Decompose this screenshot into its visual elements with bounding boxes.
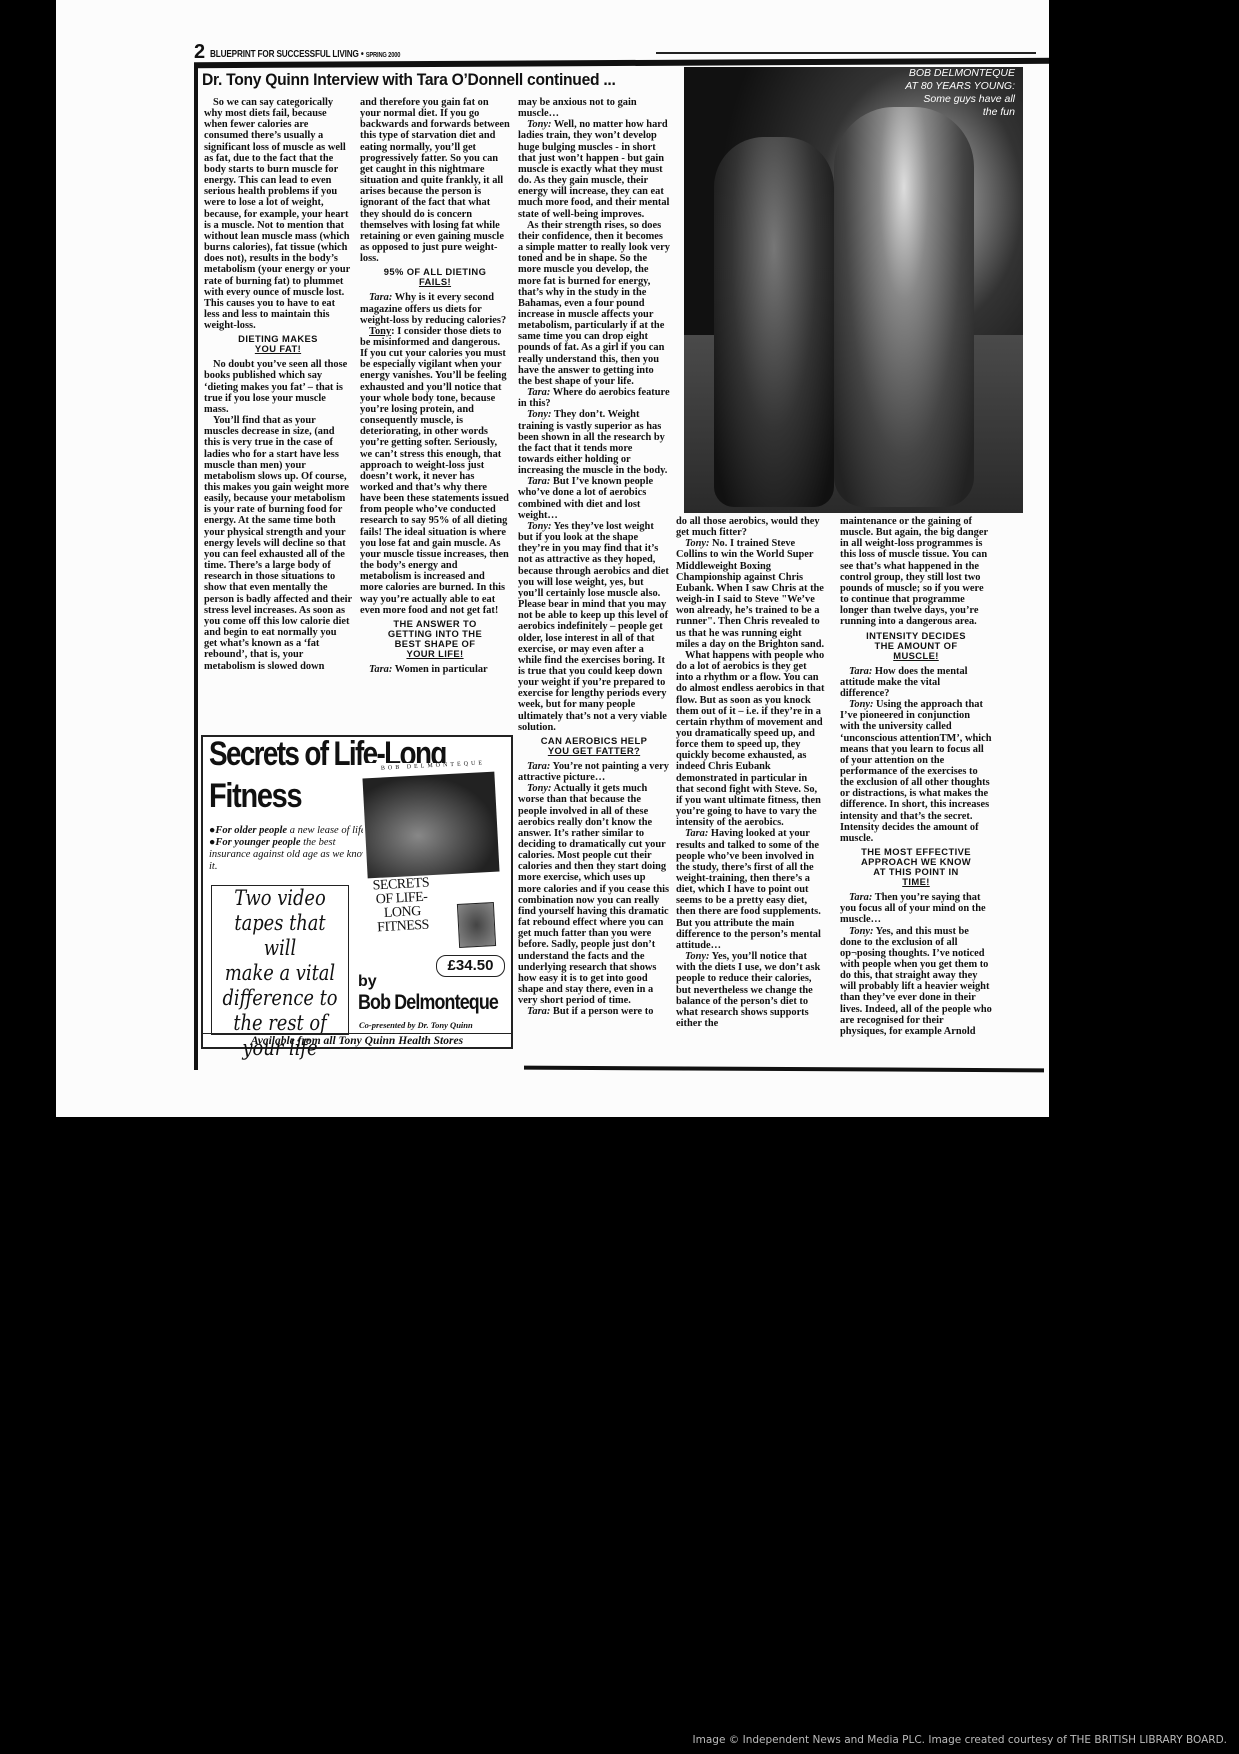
answer: Tony: Yes, you’ll notice that with the d… xyxy=(676,951,826,1029)
question: Tara: Women in particular xyxy=(360,664,510,675)
subheading-line: YOUR LIFE! xyxy=(406,648,463,659)
answer: Tony: They don’t. Weight training is vas… xyxy=(518,409,670,476)
answer: Tony: Well, no matter how hard ladies tr… xyxy=(518,119,670,219)
subheading-line: YOU GET FATTER? xyxy=(548,745,640,756)
subheading-line: TIME! xyxy=(902,876,930,887)
subheading-line: MUSCLE! xyxy=(893,650,939,661)
question: Tara: Where do aerobics feature in this? xyxy=(518,387,670,409)
speaker-label: Tara: xyxy=(849,892,872,903)
question-text: Having looked at your results and talked… xyxy=(676,828,821,951)
subheading-line: YOU FAT! xyxy=(255,343,301,354)
speaker-label: Tara: xyxy=(527,476,550,487)
question: do all those aerobics, would they get mu… xyxy=(676,516,826,538)
paragraph: What happens with people who do a lot of… xyxy=(676,650,826,829)
speaker-label: Tony: xyxy=(849,699,873,710)
question-text: But if a person were to xyxy=(550,1006,653,1017)
ad-by: by xyxy=(358,973,377,991)
speaker-label: Tony: xyxy=(527,521,551,532)
answer: Tony: Using the approach that I’ve pione… xyxy=(840,699,992,844)
answer-text: Well, no matter how hard ladies train, t… xyxy=(518,119,669,219)
answer: Tony: I consider those diets to be misin… xyxy=(360,326,510,616)
bullet-bold: For younger people xyxy=(215,837,300,848)
answer-text: Using the approach that I’ve pioneered i… xyxy=(840,699,992,844)
cover-portrait xyxy=(457,902,496,948)
bullet-text: a new lease of life xyxy=(287,825,365,836)
speaker-label: Tony: xyxy=(527,119,551,130)
article-column-1: So we can say categorically why most die… xyxy=(204,97,352,672)
answer-text: : I consider those diets to be misinform… xyxy=(360,326,509,616)
question: Tara: But if a person were to xyxy=(518,1006,670,1017)
article-column-2: and therefore you gain fat on your norma… xyxy=(360,97,510,675)
question-text: Women in particular xyxy=(392,664,487,675)
ad-presenter: Bob Delmonteque xyxy=(358,991,498,1015)
article-column-4: do all those aerobics, would they get mu… xyxy=(676,516,826,1029)
ad-title-line2: Fitness xyxy=(209,777,301,816)
subheading: DIETING MAKESYOU FAT! xyxy=(204,334,352,354)
video-line: Two video xyxy=(222,886,338,911)
page-number: 2 xyxy=(194,41,205,64)
issue-season: SPRING 2000 xyxy=(366,52,401,59)
speaker-label: Tony xyxy=(369,326,391,337)
video-line: tapes that will xyxy=(222,911,338,961)
paragraph: You’ll find that as your muscles decreas… xyxy=(204,415,352,672)
article-column-3: may be anxious not to gain muscle… Tony:… xyxy=(518,97,670,1018)
scanned-page: 2 BLUEPRINT FOR SUCCESSFUL LIVING • SPRI… xyxy=(56,0,1184,1754)
answer: Tony: Yes, and this must be done to the … xyxy=(840,926,992,1038)
ad-bullet: ●For older people a new lease of life xyxy=(209,825,369,837)
article-headline: Dr. Tony Quinn Interview with Tara O’Don… xyxy=(202,70,616,90)
answer-text: Yes they’ve lost weight but if you look … xyxy=(518,521,669,733)
answer-text: Actually it gets much worse than that be… xyxy=(518,783,669,1006)
paragraph: No doubt you’ve seen all those books pub… xyxy=(204,359,352,415)
answer: Tony: Actually it gets much worse than t… xyxy=(518,783,670,1006)
speaker-label: Tara: xyxy=(369,664,392,675)
video-line: difference to xyxy=(222,986,338,1011)
speaker-label: Tony: xyxy=(527,783,551,794)
caption-line: BOB DELMONTEQUE xyxy=(905,67,1015,80)
newspaper-page: 2 BLUEPRINT FOR SUCCESSFUL LIVING • SPRI… xyxy=(56,0,1049,1117)
speaker-label: Tony: xyxy=(685,951,709,962)
publication-title: BLUEPRINT FOR SUCCESSFUL LIVING • SPRING… xyxy=(210,49,400,60)
ad-availability: Available from all Tony Quinn Health Sto… xyxy=(203,1033,511,1047)
photo-figure-man xyxy=(834,107,974,507)
image-credit: Image © Independent News and Media PLC. … xyxy=(693,1734,1227,1746)
article-frame-left xyxy=(194,67,198,1070)
subheading-line: FAILS! xyxy=(419,276,451,287)
caption-line: the fun xyxy=(905,106,1015,119)
question: Tara: Having looked at your results and … xyxy=(676,828,826,951)
speaker-label: Tara: xyxy=(527,761,550,772)
speaker-label: Tara: xyxy=(849,666,872,677)
price-badge: £34.50 xyxy=(436,955,505,977)
publication-name: BLUEPRINT FOR SUCCESSFUL LIVING • xyxy=(210,49,364,60)
paragraph: and therefore you gain fat on your norma… xyxy=(360,97,510,264)
ad-copresenter: Co-presented by Dr. Tony Quinn xyxy=(359,1020,473,1030)
paragraph: maintenance or the gaining of muscle. Bu… xyxy=(840,516,992,628)
speaker-label: Tara: xyxy=(685,828,708,839)
advertisement-lifelong-fitness: Secrets of Life-Long Fitness ●For older … xyxy=(201,735,513,1049)
ad-video-box: Two video tapes that will make a vital d… xyxy=(211,885,349,1035)
subheading: 95% OF ALL DIETINGFAILS! xyxy=(360,267,510,287)
answer-text: Yes, you’ll notice that with the diets I… xyxy=(676,951,820,1029)
video-cover-image: BOB DELMONTEQUE SECRETS OF LIFE-LONG FIT… xyxy=(363,763,503,948)
article-column-5: maintenance or the gaining of muscle. Bu… xyxy=(840,516,992,1037)
caption-line: AT 80 YEARS YOUNG: xyxy=(905,80,1015,93)
answer-text: No. I trained Steve Collins to win the W… xyxy=(676,538,824,649)
ad-bullets: ●For older people a new lease of life ●F… xyxy=(209,825,369,873)
bullet-bold: For older people xyxy=(215,825,287,836)
question: may be anxious not to gain muscle… xyxy=(518,97,670,119)
subheading: CAN AEROBICS HELPYOU GET FATTER? xyxy=(518,736,670,756)
photo-figure-woman xyxy=(714,137,834,507)
speaker-label: Tara: xyxy=(369,292,392,303)
caption-line: Some guys have all xyxy=(905,93,1015,106)
page-edge xyxy=(1049,0,1077,1117)
masthead-rule-thin xyxy=(656,52,1036,54)
question: Tara: But I’ve known people who’ve done … xyxy=(518,476,670,521)
speaker-label: Tony: xyxy=(527,409,551,420)
subheading: THE ANSWER TOGETTING INTO THEBEST SHAPE … xyxy=(360,619,510,659)
speaker-label: Tony: xyxy=(849,926,873,937)
paragraph: As their strength rises, so does their c… xyxy=(518,220,670,387)
ad-bullet: ●For younger people the best insurance a… xyxy=(209,837,369,873)
photo-bob-delmonteque: BOB DELMONTEQUE AT 80 YEARS YOUNG: Some … xyxy=(684,67,1023,513)
question: Tara: Why is it every second magazine of… xyxy=(360,292,510,325)
answer-text: Yes, and this must be done to the exclus… xyxy=(840,926,992,1037)
bottom-rule xyxy=(524,1066,1044,1073)
video-line: make a vital xyxy=(222,961,338,986)
subheading: THE MOST EFFECTIVEAPPROACH WE KNOWAT THI… xyxy=(840,847,992,887)
speaker-label: Tony: xyxy=(685,538,709,549)
speaker-label: Tara: xyxy=(527,1006,550,1017)
cover-title: SECRETS OF LIFE-LONG FITNESS xyxy=(366,876,439,936)
question: Tara: You’re not painting a very attract… xyxy=(518,761,670,783)
subheading: INTENSITY DECIDESTHE AMOUNT OFMUSCLE! xyxy=(840,631,992,661)
cover-photo xyxy=(362,772,499,879)
question: Tara: Then you’re saying that you focus … xyxy=(840,892,992,925)
answer: Tony: Yes they’ve lost weight but if you… xyxy=(518,521,670,733)
answer: Tony: No. I trained Steve Collins to win… xyxy=(676,538,826,650)
photo-caption: BOB DELMONTEQUE AT 80 YEARS YOUNG: Some … xyxy=(905,67,1015,119)
question: Tara: How does the mental attitude make … xyxy=(840,666,992,699)
paragraph: So we can say categorically why most die… xyxy=(204,97,352,331)
speaker-label: Tara: xyxy=(527,387,550,398)
